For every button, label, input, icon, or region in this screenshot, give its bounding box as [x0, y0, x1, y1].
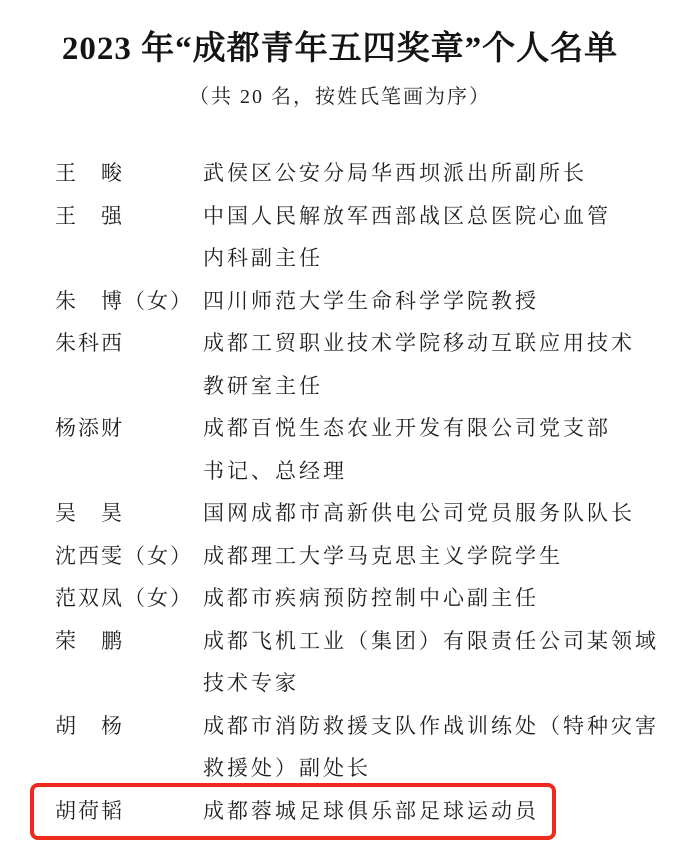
recipient-title-line: 成都蓉城足球俱乐部足球运动员	[203, 790, 539, 833]
document-page: 2023 年“成都青年五四奖章”个人名单 （共 20 名，按姓氏笔画为序） 王 …	[0, 0, 680, 856]
recipient-name: 朱 博（女）	[55, 280, 203, 323]
recipient-title: 武侯区公安分局华西坝派出所副所长	[203, 152, 587, 195]
recipient-title: 成都工贸职业技术学院移动互联应用技术教研室主任	[203, 322, 635, 407]
document-title: 2023 年“成都青年五四奖章”个人名单	[0, 22, 680, 69]
recipient-title: 成都市消防救援支队作战训练处（特种灾害救援处）副处长	[203, 705, 659, 790]
recipient-name: 朱科西	[55, 322, 203, 365]
list-entry: 王 畯武侯区公安分局华西坝派出所副所长	[0, 152, 680, 195]
list-entry: 沈西雯（女）成都理工大学马克思主义学院学生	[0, 535, 680, 578]
recipient-title-line: 书记、总经理	[203, 450, 611, 493]
list-entry: 荣 鹏成都飞机工业（集团）有限责任公司某领域技术专家	[0, 620, 680, 705]
recipient-title-line: 中国人民解放军西部战区总医院心血管	[203, 195, 611, 238]
recipient-title-line: 内科副主任	[203, 237, 611, 280]
recipient-title-line: 武侯区公安分局华西坝派出所副所长	[203, 152, 587, 195]
recipient-title: 成都飞机工业（集团）有限责任公司某领域技术专家	[203, 620, 659, 705]
award-list: 王 畯武侯区公安分局华西坝派出所副所长王 强中国人民解放军西部战区总医院心血管内…	[0, 152, 680, 832]
list-entry: 胡 杨成都市消防救援支队作战训练处（特种灾害救援处）副处长	[0, 705, 680, 790]
recipient-title-line: 国网成都市高新供电公司党员服务队队长	[203, 492, 635, 535]
list-entry: 范双凤（女）成都市疾病预防控制中心副主任	[0, 577, 680, 620]
list-entry: 朱 博（女）四川师范大学生命科学学院教授	[0, 280, 680, 323]
recipient-title-line: 四川师范大学生命科学学院教授	[203, 280, 539, 323]
recipient-title-line: 成都理工大学马克思主义学院学生	[203, 535, 563, 578]
recipient-title: 成都理工大学马克思主义学院学生	[203, 535, 563, 578]
recipient-title-line: 成都市疾病预防控制中心副主任	[203, 577, 539, 620]
recipient-title: 成都蓉城足球俱乐部足球运动员	[203, 790, 539, 833]
recipient-name: 胡荷韬	[55, 790, 203, 833]
recipient-title: 成都市疾病预防控制中心副主任	[203, 577, 539, 620]
recipient-name: 王 强	[55, 195, 203, 238]
recipient-title: 四川师范大学生命科学学院教授	[203, 280, 539, 323]
recipient-name: 荣 鹏	[55, 620, 203, 663]
recipient-name: 吴 昊	[55, 492, 203, 535]
list-entry: 杨添财成都百悦生态农业开发有限公司党支部书记、总经理	[0, 407, 680, 492]
list-entry: 胡荷韬成都蓉城足球俱乐部足球运动员	[0, 790, 680, 833]
recipient-title-line: 成都工贸职业技术学院移动互联应用技术	[203, 322, 635, 365]
recipient-name: 范双凤（女）	[55, 577, 203, 620]
recipient-title-line: 救援处）副处长	[203, 747, 659, 790]
recipient-title-line: 教研室主任	[203, 365, 635, 408]
recipient-name: 胡 杨	[55, 705, 203, 748]
list-entry: 朱科西成都工贸职业技术学院移动互联应用技术教研室主任	[0, 322, 680, 407]
recipient-title-line: 成都飞机工业（集团）有限责任公司某领域	[203, 620, 659, 663]
recipient-title: 国网成都市高新供电公司党员服务队队长	[203, 492, 635, 535]
recipient-title-line: 技术专家	[203, 662, 659, 705]
recipient-title: 中国人民解放军西部战区总医院心血管内科副主任	[203, 195, 611, 280]
list-entry: 吴 昊国网成都市高新供电公司党员服务队队长	[0, 492, 680, 535]
list-entry: 王 强中国人民解放军西部战区总医院心血管内科副主任	[0, 195, 680, 280]
recipient-title-line: 成都百悦生态农业开发有限公司党支部	[203, 407, 611, 450]
recipient-name: 王 畯	[55, 152, 203, 195]
document-subtitle: （共 20 名，按姓氏笔画为序）	[0, 80, 680, 109]
recipient-name: 沈西雯（女）	[55, 535, 203, 578]
recipient-title: 成都百悦生态农业开发有限公司党支部书记、总经理	[203, 407, 611, 492]
recipient-name: 杨添财	[55, 407, 203, 450]
recipient-title-line: 成都市消防救援支队作战训练处（特种灾害	[203, 705, 659, 748]
